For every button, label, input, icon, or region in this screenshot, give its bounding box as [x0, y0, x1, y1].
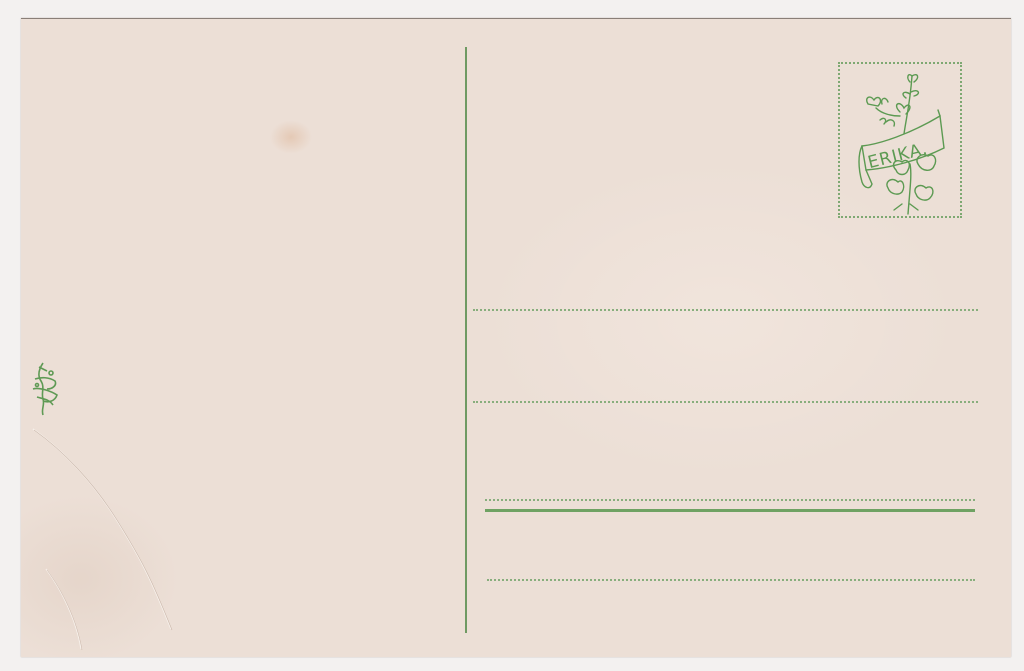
- postcard: ERIKA.: [21, 18, 1011, 657]
- stamp-box: ERIKA.: [838, 62, 962, 218]
- address-line-1: [473, 309, 978, 311]
- erika-monogram-icon: [29, 359, 63, 417]
- erika-flower-banner-icon: ERIKA.: [840, 64, 964, 220]
- address-line-2: [473, 401, 978, 403]
- address-line-underline: [485, 509, 975, 512]
- address-line-3: [485, 499, 975, 501]
- paper-crease: [21, 19, 221, 659]
- address-line-4: [487, 579, 975, 581]
- vertical-divider: [465, 47, 467, 633]
